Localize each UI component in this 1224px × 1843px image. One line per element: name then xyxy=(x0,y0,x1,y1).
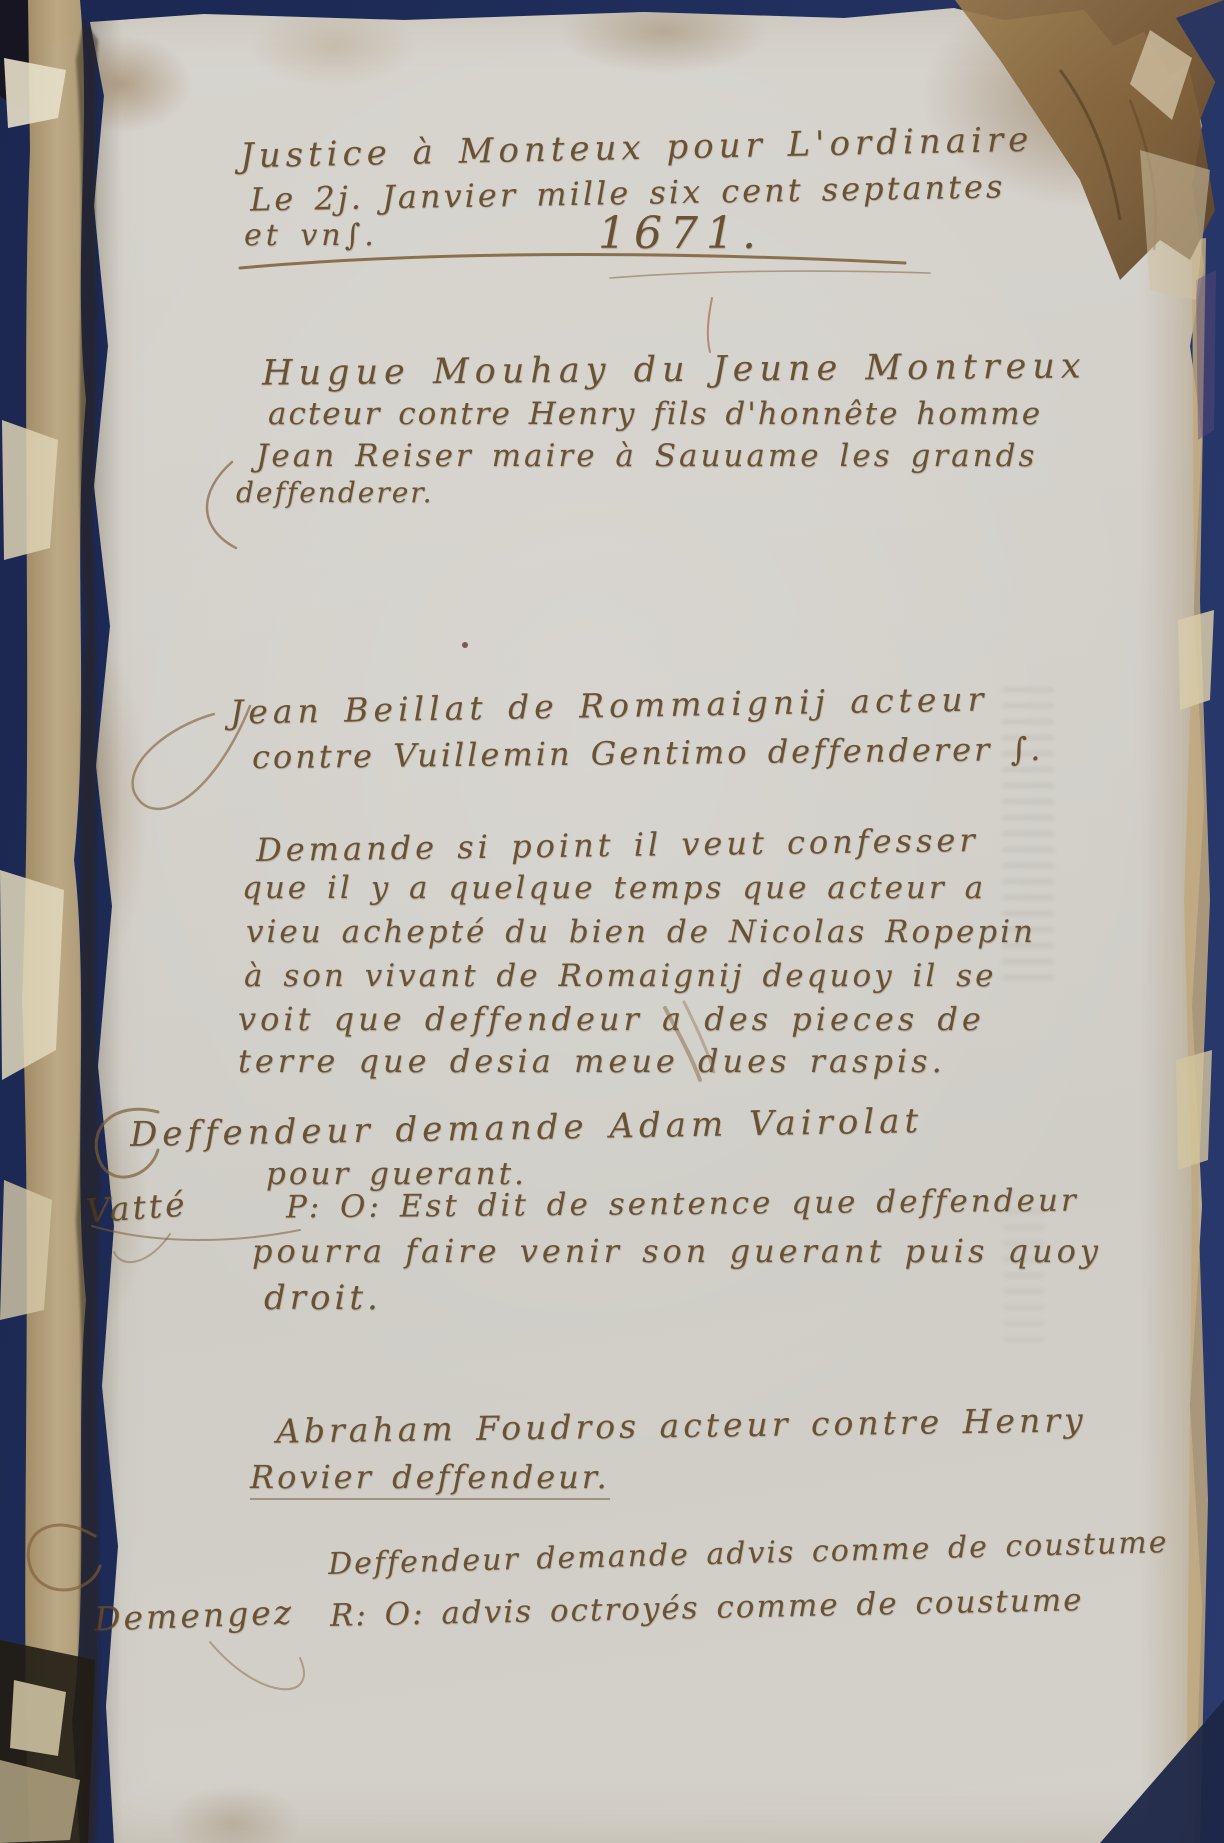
case-line: deffenderer. xyxy=(236,476,433,509)
sentence-line: pourra faire venir son guerant puis quoy xyxy=(252,1232,1102,1270)
paragraph-line: terre que desia meue dues raspis. xyxy=(238,1042,946,1080)
case-line: contre Vuillemin Gentimo deffenderer ∫. xyxy=(252,730,1044,776)
header-year: 1671. xyxy=(598,208,764,259)
case-line: Rovier deffendeur. xyxy=(250,1458,610,1500)
paragraph-line: pour guerant. xyxy=(266,1156,527,1192)
sentence-line: droit. xyxy=(264,1278,382,1318)
margin-note: Demengez xyxy=(93,1593,294,1639)
case-line: Hugue Mouhay du Jeune Montreux xyxy=(262,346,1087,393)
paragraph-line: vieu achepté du bien de Nicolas Ropepin xyxy=(246,914,1036,950)
header-line: et vn∫. xyxy=(244,218,378,253)
paragraph-line: Deffendeur demande advis comme de coustu… xyxy=(328,1525,1169,1582)
case-line: Abraham Foudros acteur contre Henry xyxy=(276,1400,1087,1450)
ruling-line: R: O: advis octroyés comme de coustume xyxy=(330,1582,1084,1634)
paragraph-line: Deffendeur demande Adam Vairolat xyxy=(130,1101,924,1155)
case-line: Jean Beillat de Rommaignij acteur xyxy=(230,679,989,731)
margin-note: Vatté xyxy=(85,1185,189,1231)
paragraph-line: à son vivant de Romaignij dequoy il se xyxy=(244,958,996,994)
manuscript-text: Justice à Monteux pour L'ordinaire Le 2j… xyxy=(0,0,1224,1843)
manuscript-photo: Justice à Monteux pour L'ordinaire Le 2j… xyxy=(0,0,1224,1843)
sentence-line: P: O: Est dit de sentence que deffendeur xyxy=(286,1183,1079,1226)
case-line: Jean Reiser maire à Sauuame les grands xyxy=(256,438,1037,474)
paragraph-line: que il y a quelque temps que acteur a xyxy=(242,870,986,906)
paragraph-line: voit que deffendeur a des pieces de xyxy=(238,1000,985,1038)
case-line: acteur contre Henry fils d'honnête homme xyxy=(268,396,1042,432)
paragraph-line: Demande si point il veut confesser xyxy=(256,821,979,869)
header-line: Justice à Monteux pour L'ordinaire xyxy=(240,120,1034,177)
